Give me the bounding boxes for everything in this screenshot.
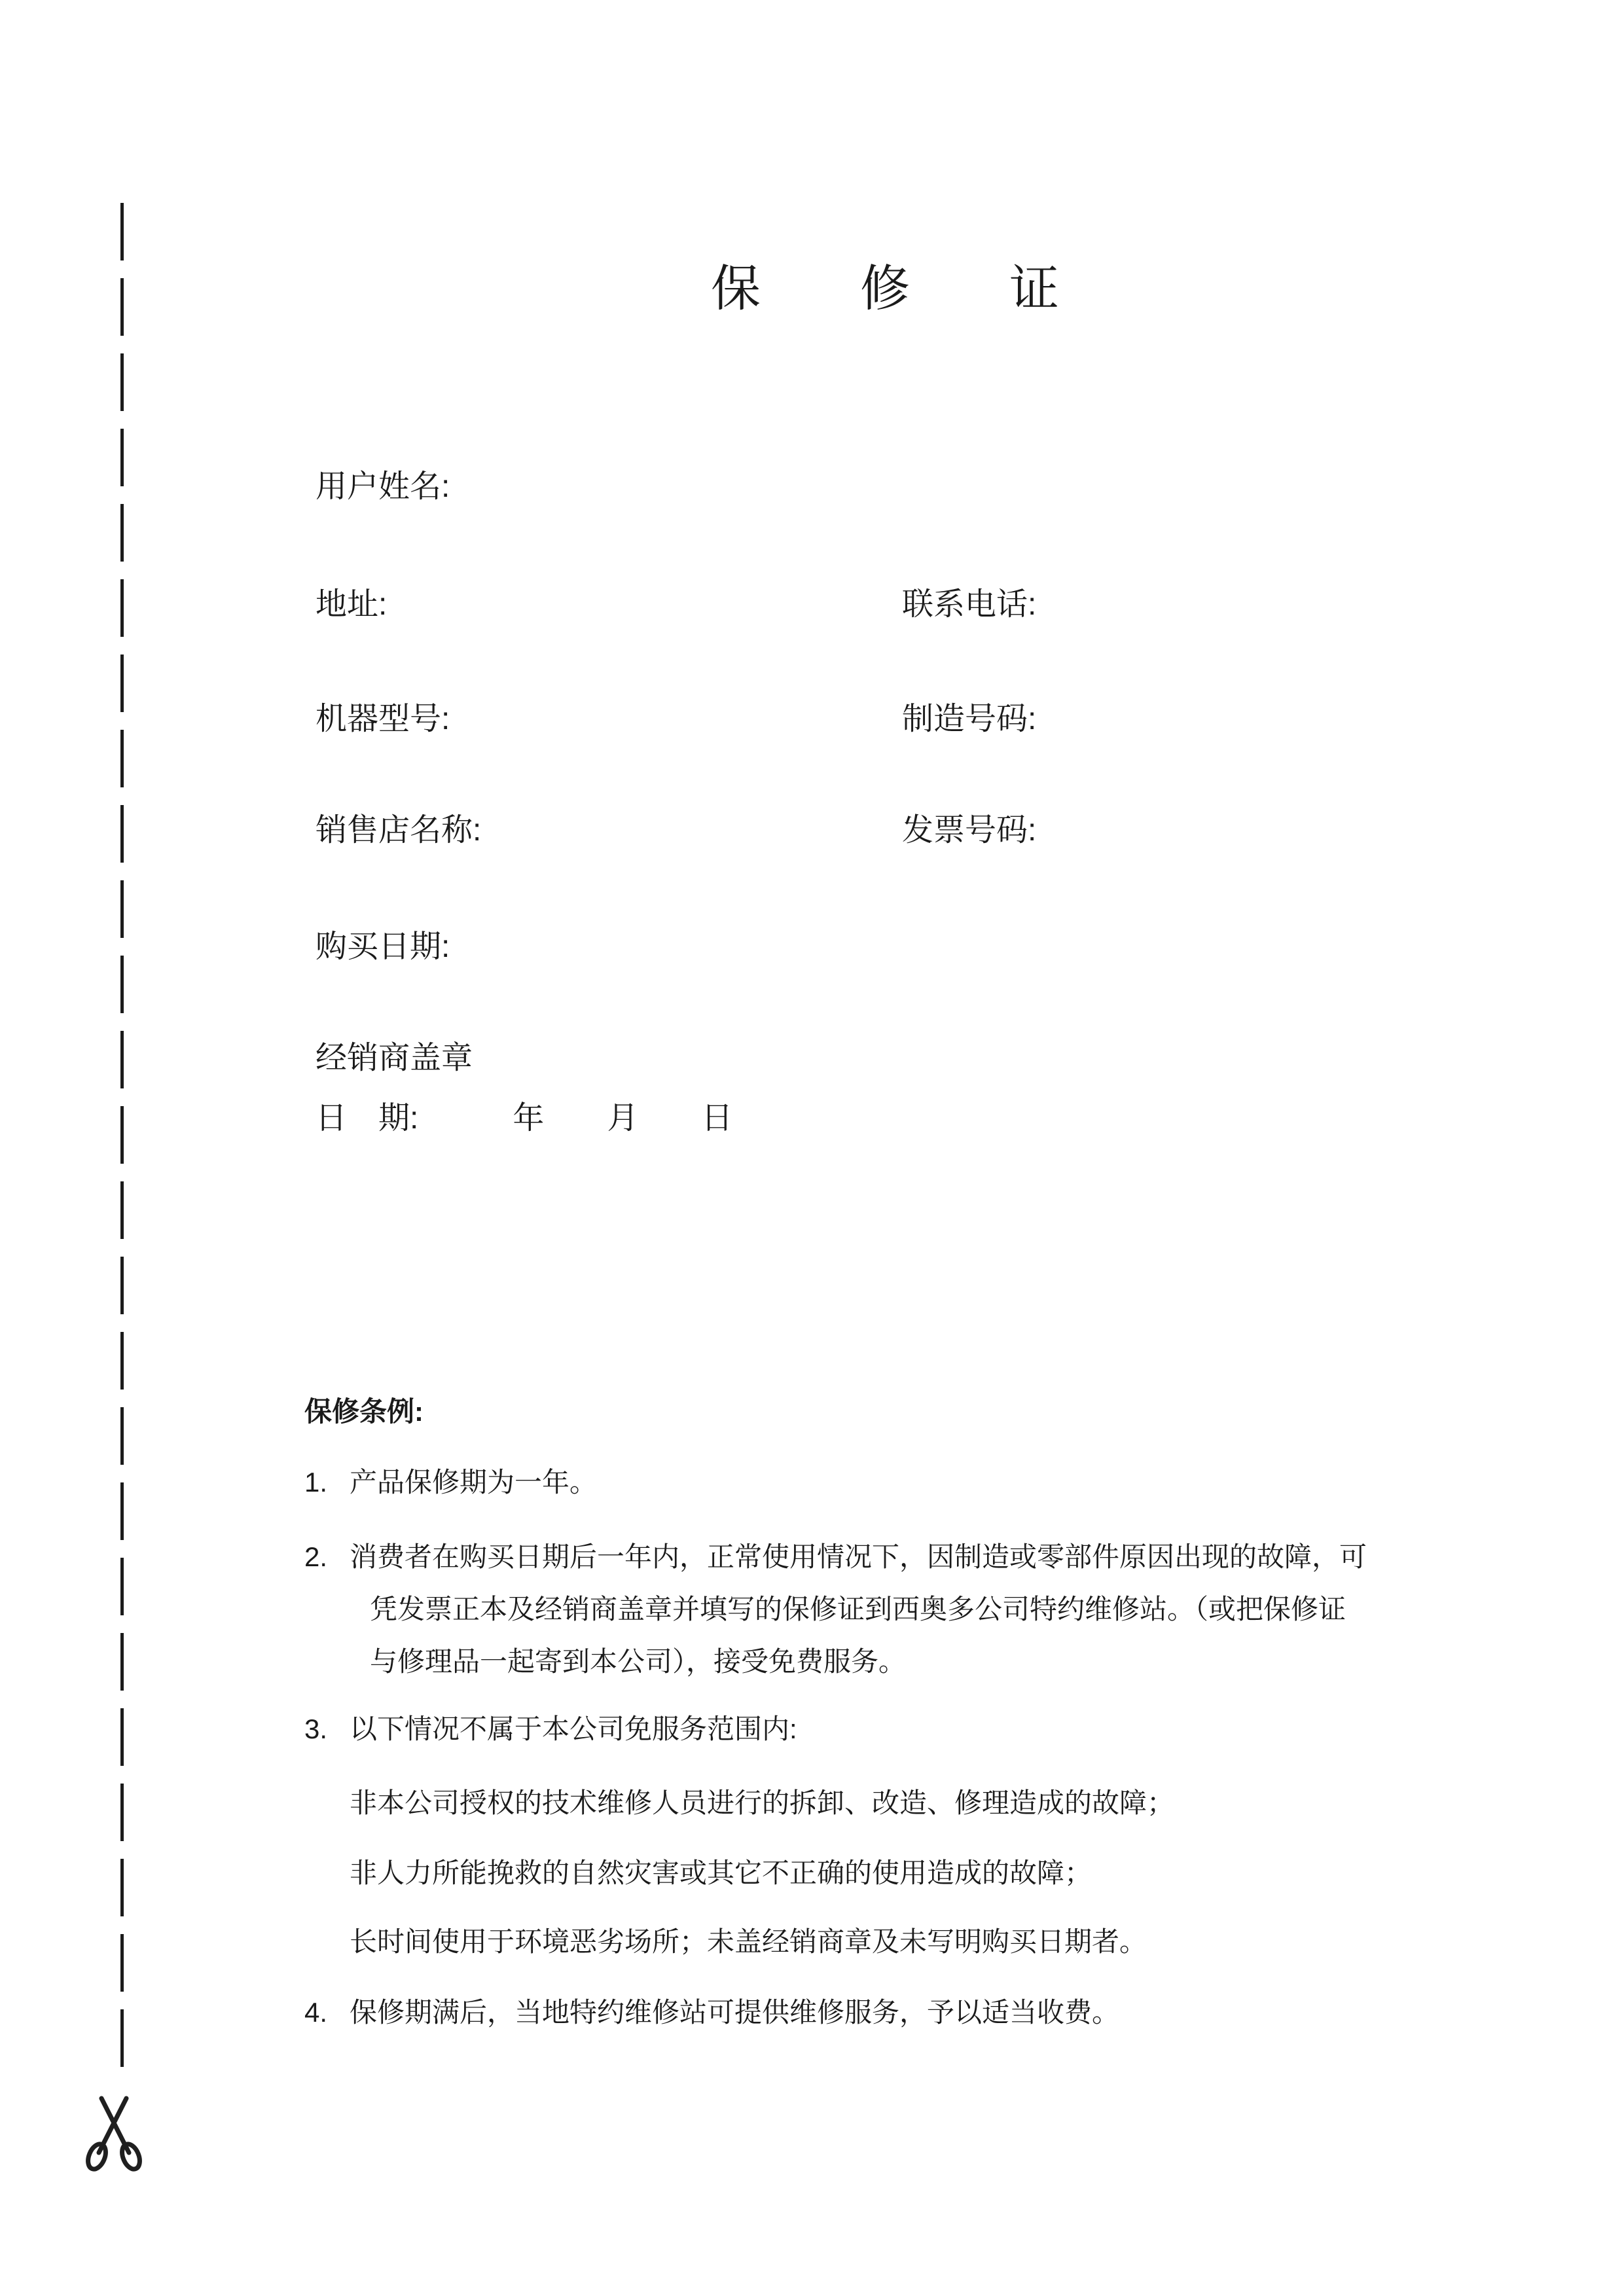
term-text: 产品保修期为一年。 xyxy=(350,1467,597,1498)
term-item-2: 2.消费者在购买日期后一年内，正常使用情况下，因制造或零部件原因出现的故障，可 xyxy=(304,1543,1367,1571)
field-label-manufacture-number: 制造号码: xyxy=(902,704,1036,735)
terms-heading: 保修条例: xyxy=(304,1398,424,1426)
term-item-2-continued: 凭发票正本及经销商盖章并填写的保修证到西奥多公司特约维修站。（或把保修证 xyxy=(370,1596,1346,1623)
cut-dashed-line xyxy=(120,203,124,2068)
page-title: 保 修 证 xyxy=(711,264,1059,314)
term-item-3-sub: 长时间使用于环境恶劣场所；未盖经销商章及未写明购买日期者。 xyxy=(350,1928,1147,1956)
term-number: 4. xyxy=(304,1999,350,2026)
term-item-2-continued: 与修理品一起寄到本公司），接受免费服务。 xyxy=(370,1648,906,1676)
term-number: 3. xyxy=(304,1715,350,1743)
field-label-address: 地址: xyxy=(316,589,387,620)
term-item-3: 3.以下情况不属于本公司免服务范围内: xyxy=(304,1715,797,1743)
term-item-3-sub: 非本公司授权的技术维修人员进行的拆卸、改造、修理造成的故障； xyxy=(350,1789,1174,1817)
field-label-seal-date: 日 期: 年 月 日 xyxy=(316,1103,732,1134)
term-item-3-sub: 非人力所能挽救的自然灾害或其它不正确的使用造成的故障； xyxy=(350,1859,1092,1887)
term-text: 保修期满后，当地特约维修站可提供维修服务，予以适当收费。 xyxy=(350,1997,1119,2028)
term-number: 2. xyxy=(304,1543,350,1571)
warranty-certificate-page: 保 修 证 用户姓名: 地址: 联系电话: 机器型号: 制造号码: 销售店名称:… xyxy=(0,0,1624,2296)
field-label-dealer-seal: 经销商盖章 xyxy=(316,1043,473,1074)
field-label-contact-phone: 联系电话: xyxy=(902,589,1036,620)
field-label-purchase-date: 购买日期: xyxy=(316,931,450,963)
term-text: 以下情况不属于本公司免服务范围内: xyxy=(350,1713,797,1744)
term-item-4: 4.保修期满后，当地特约维修站可提供维修服务，予以适当收费。 xyxy=(304,1999,1119,2026)
field-label-store-name: 销售店名称: xyxy=(316,815,481,846)
field-label-user-name: 用户姓名: xyxy=(316,471,450,503)
field-label-invoice-number: 发票号码: xyxy=(902,815,1036,846)
term-item-1: 1.产品保修期为一年。 xyxy=(304,1469,597,1496)
term-number: 1. xyxy=(304,1469,350,1496)
field-label-machine-model: 机器型号: xyxy=(316,704,450,735)
scissors-icon xyxy=(86,2096,142,2172)
term-text: 消费者在购买日期后一年内，正常使用情况下，因制造或零部件原因出现的故障，可 xyxy=(350,1541,1367,1572)
